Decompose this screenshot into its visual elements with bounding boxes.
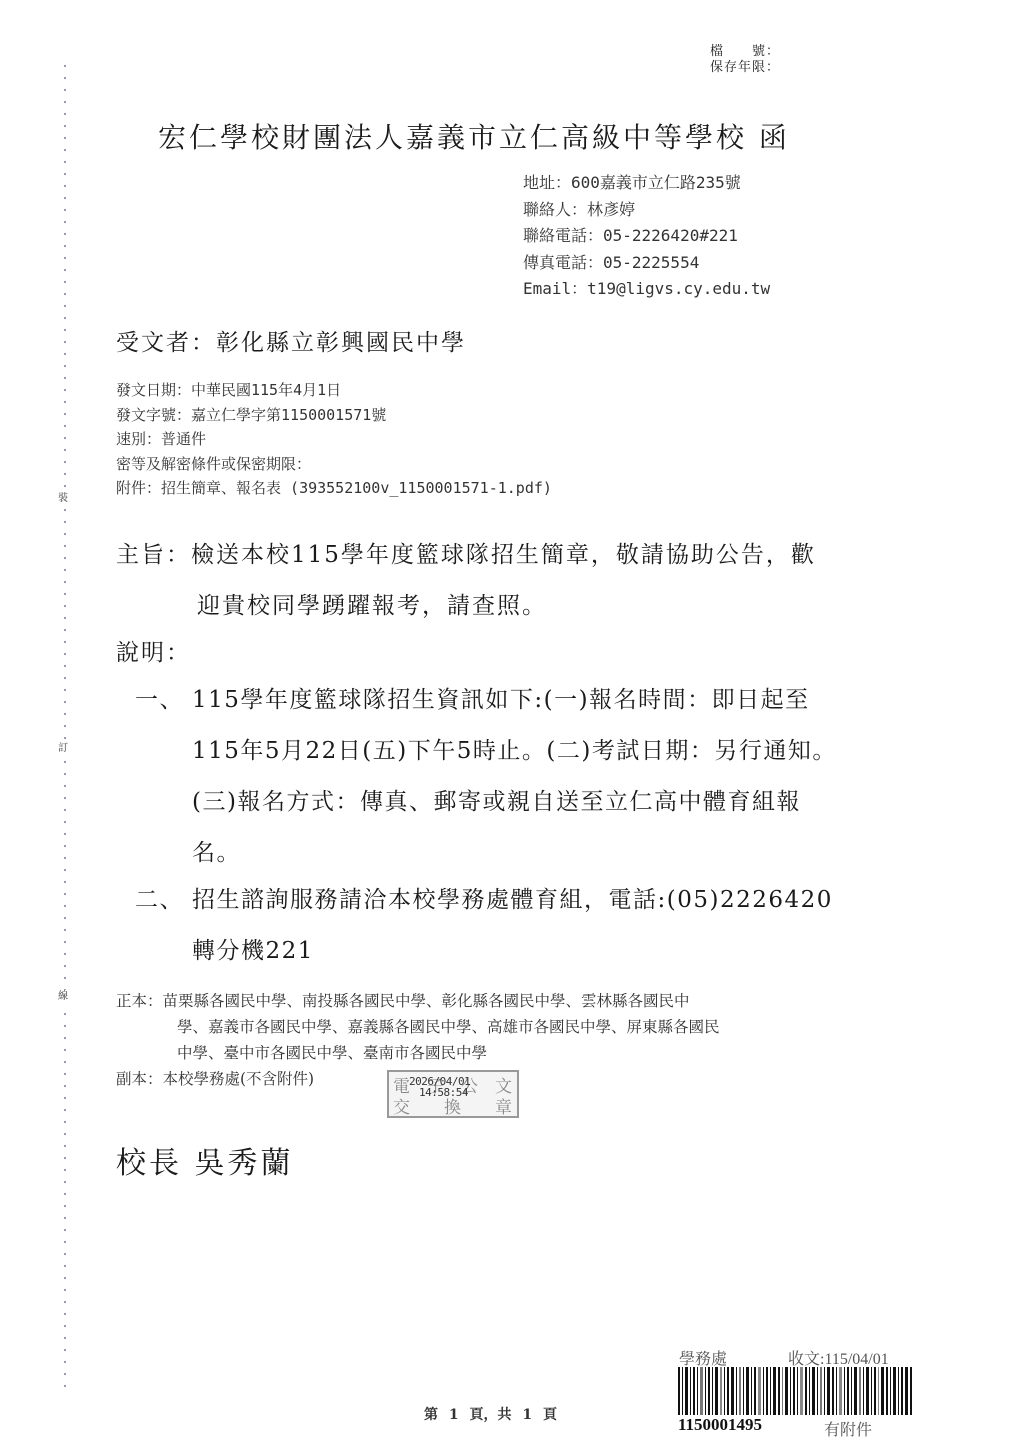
stamp-char: 交 xyxy=(393,1093,410,1118)
stamp-timestamp: 2026/04/01 14:58:54 xyxy=(409,1076,470,1098)
classification: 密等及解密條件或保密期限： xyxy=(116,452,552,477)
item-line: 招生諮詢服務請洽本校學務處體育組，電話:(05)2226420 xyxy=(192,875,912,926)
stamp-time: 14:58:54 xyxy=(409,1087,470,1098)
item-line: (三)報名方式：傳真、郵寄或親自送至立仁高中體育組報 xyxy=(192,777,912,828)
sender-address: 地址：600嘉義市立仁路235號 xyxy=(523,170,770,197)
item-number: 二、 xyxy=(135,875,184,926)
exchange-stamp: 電 子 公 文 交 換 章 2026/04/01 14:58:54 xyxy=(387,1070,519,1118)
file-meta: 檔 號： 保存年限： xyxy=(710,44,780,76)
document-meta: 發文日期：中華民國115年4月1日 發文字號：嘉立仁學字第1150001571號… xyxy=(116,378,552,501)
barcode xyxy=(678,1367,912,1415)
doc-number: 發文字號：嘉立仁學字第1150001571號 xyxy=(116,403,552,428)
attachment: 附件：招生簡章、報名表 (393552100v_1150001571-1.pdf… xyxy=(116,476,552,501)
subject: 主旨：檢送本校115學年度籃球隊招生簡章，敬請協助公告，歡 迎貴校同學踴躍報考，… xyxy=(116,530,906,632)
item-line: 115學年度籃球隊招生資訊如下:(一)報名時間：即日起至 xyxy=(192,675,912,726)
receipt-date: 收文:115/04/01 xyxy=(788,1346,889,1369)
barcode-number: 1150001495 xyxy=(678,1415,762,1435)
main-recipients-line-2: 學、嘉義市各國民中學、嘉義縣各國民中學、高雄市各國民中學、屏東縣各國民 xyxy=(116,1014,720,1040)
retention-label: 保存年限： xyxy=(710,60,780,76)
sender-contact: 聯絡人：林彥婷 xyxy=(523,197,770,224)
item-line: 115年5月22日(五)下午5時止。(二)考試日期：另行通知。 xyxy=(192,726,912,777)
page-number: 第 1 頁，共 1 頁 xyxy=(424,1404,557,1424)
sender-email: Email：t19@ligvs.cy.edu.tw xyxy=(523,276,770,303)
recipient: 受文者：彰化縣立彰興國民中學 xyxy=(116,324,466,357)
receipt-department: 學務處 xyxy=(679,1346,727,1369)
urgency: 速別：普通件 xyxy=(116,427,552,452)
stamp-char: 章 xyxy=(495,1093,512,1118)
explanation-heading: 說明： xyxy=(116,634,191,667)
binding-label-ding: 訂 xyxy=(58,742,68,756)
item-line: 轉分機221 xyxy=(192,926,912,977)
main-recipients-line-3: 中學、臺中市各國民中學、臺南市各國民中學 xyxy=(116,1040,720,1066)
sender-fax: 傳真電話：05-2225554 xyxy=(523,250,770,277)
issue-date: 發文日期：中華民國115年4月1日 xyxy=(116,378,552,403)
attachment-note: 有附件 xyxy=(824,1417,872,1440)
sender-phone: 聯絡電話：05-2226420#221 xyxy=(523,223,770,250)
main-recipients-line-1: 正本：苗栗縣各國民中學、南投縣各國民中學、彰化縣各國民中學、雲林縣各國民中 xyxy=(116,988,720,1014)
document-title: 宏仁學校財團法人嘉義市立仁高級中等學校 函 xyxy=(158,116,790,156)
subject-line-2: 迎貴校同學踴躍報考，請查照。 xyxy=(116,581,906,632)
binding-line xyxy=(64,60,66,1392)
sender-info: 地址：600嘉義市立仁路235號 聯絡人：林彥婷 聯絡電話：05-2226420… xyxy=(523,170,770,303)
binding-label-zhuang: 裝 xyxy=(58,492,68,506)
binding-label-xian: 線 xyxy=(58,990,68,1004)
principal-signature: 校長 吳秀蘭 xyxy=(116,1138,294,1182)
file-number-label: 檔 號： xyxy=(710,44,780,60)
item-line: 名。 xyxy=(192,828,912,879)
subject-line-1: 主旨：檢送本校115學年度籃球隊招生簡章，敬請協助公告，歡 xyxy=(116,530,906,581)
item-number: 一、 xyxy=(135,675,184,726)
